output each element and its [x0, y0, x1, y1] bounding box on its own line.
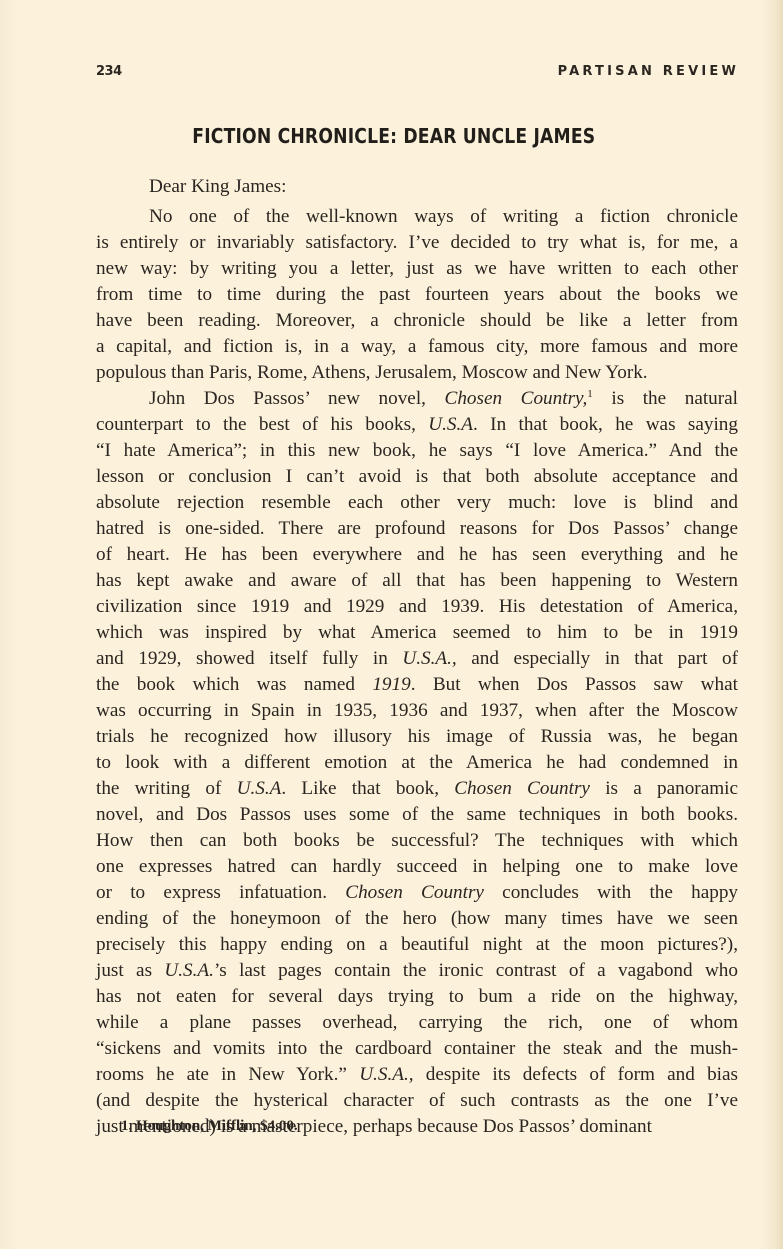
text-line: “sickens and vomits into the cardboard c… [96, 1036, 738, 1062]
footnote: 1. Houghton, Mifflin, $4.00. [121, 1118, 298, 1135]
text-line: one expresses hatred can hardly succeed … [96, 854, 738, 880]
page-number: 234 [96, 64, 122, 79]
text-line: from time to time during the past fourte… [96, 282, 738, 308]
text-line: lesson or conclusion I can’t avoid is th… [96, 464, 738, 490]
document-page: 234 PARTISAN REVIEW FICTION CHRONICLE: D… [0, 0, 783, 1249]
text-line: (and despite the hysterical character of… [96, 1088, 738, 1114]
running-head: 234 PARTISAN REVIEW [96, 64, 739, 84]
text-line: hatred is one-sided. There are profound … [96, 516, 738, 542]
text-line: or to express infatuation. Chosen Countr… [96, 880, 738, 906]
text-line: is entirely or invariably satisfactory. … [96, 230, 738, 256]
text-line: has not eaten for several days trying to… [96, 984, 738, 1010]
text-line: of heart. He has been everywhere and he … [96, 542, 738, 568]
text-line: and 1929, showed itself fully in U.S.A.,… [96, 646, 738, 672]
text-line: which was inspired by what America seeme… [96, 620, 738, 646]
article-title: FICTION CHRONICLE: DEAR UNCLE JAMES [57, 124, 730, 148]
text-line: was occurring in Spain in 1935, 1936 and… [96, 698, 738, 724]
text-line: No one of the well-known ways of writing… [96, 204, 738, 230]
text-line: have been reading. Moreover, a chronicle… [96, 308, 738, 334]
text-line: rooms he ate in New York.” U.S.A., despi… [96, 1062, 738, 1088]
text-line: has kept awake and aware of all that has… [96, 568, 738, 594]
salutation: Dear King James: [96, 170, 738, 204]
text-line: “I hate America”; in this new book, he s… [96, 438, 738, 464]
footnote-marker: 1 [587, 388, 593, 400]
italic-title: U.S.A. [164, 960, 214, 981]
journal-name: PARTISAN REVIEW [558, 64, 739, 79]
text-line: a capital, and fiction is, in a way, a f… [96, 334, 738, 360]
text-line: John Dos Passos’ new novel, Chosen Count… [96, 386, 738, 412]
italic-title: Chosen Country [454, 778, 590, 799]
italic-title: U.S.A [428, 414, 473, 435]
text-line: trials he recognized how illusory his im… [96, 724, 738, 750]
text-line: civilization since 1919 and 1929 and 193… [96, 594, 738, 620]
paragraph: John Dos Passos’ new novel, Chosen Count… [96, 386, 738, 1140]
italic-title: 1919 [372, 674, 410, 695]
paragraph: No one of the well-known ways of writing… [96, 204, 738, 386]
italic-title: U.S.A., [402, 648, 456, 669]
italic-title: U.S.A., [359, 1064, 413, 1085]
text-line: precisely this happy ending on a beautif… [96, 932, 738, 958]
text-line: the writing of U.S.A. Like that book, Ch… [96, 776, 738, 802]
text-line: new way: by writing you a letter, just a… [96, 256, 738, 282]
text-line: just as U.S.A.’s last pages contain the … [96, 958, 738, 984]
text-line: ending of the honeymoon of the hero (how… [96, 906, 738, 932]
text-line: the book which was named 1919. But when … [96, 672, 738, 698]
text-line: while a plane passes overhead, carrying … [96, 1010, 738, 1036]
italic-title: Chosen Country, [445, 388, 588, 409]
italic-title: U.S.A [237, 778, 282, 799]
italic-title: Chosen Country [345, 882, 484, 903]
text-line: absolute rejection resemble each other v… [96, 490, 738, 516]
text-line: How then can both books be successful? T… [96, 828, 738, 854]
text-line: novel, and Dos Passos uses some of the s… [96, 802, 738, 828]
text-line: populous than Paris, Rome, Athens, Jerus… [96, 360, 738, 386]
text-line: counterpart to the best of his books, U.… [96, 412, 738, 438]
article-body: Dear King James: No one of the well-know… [96, 170, 738, 1140]
text-line: to look with a different emotion at the … [96, 750, 738, 776]
